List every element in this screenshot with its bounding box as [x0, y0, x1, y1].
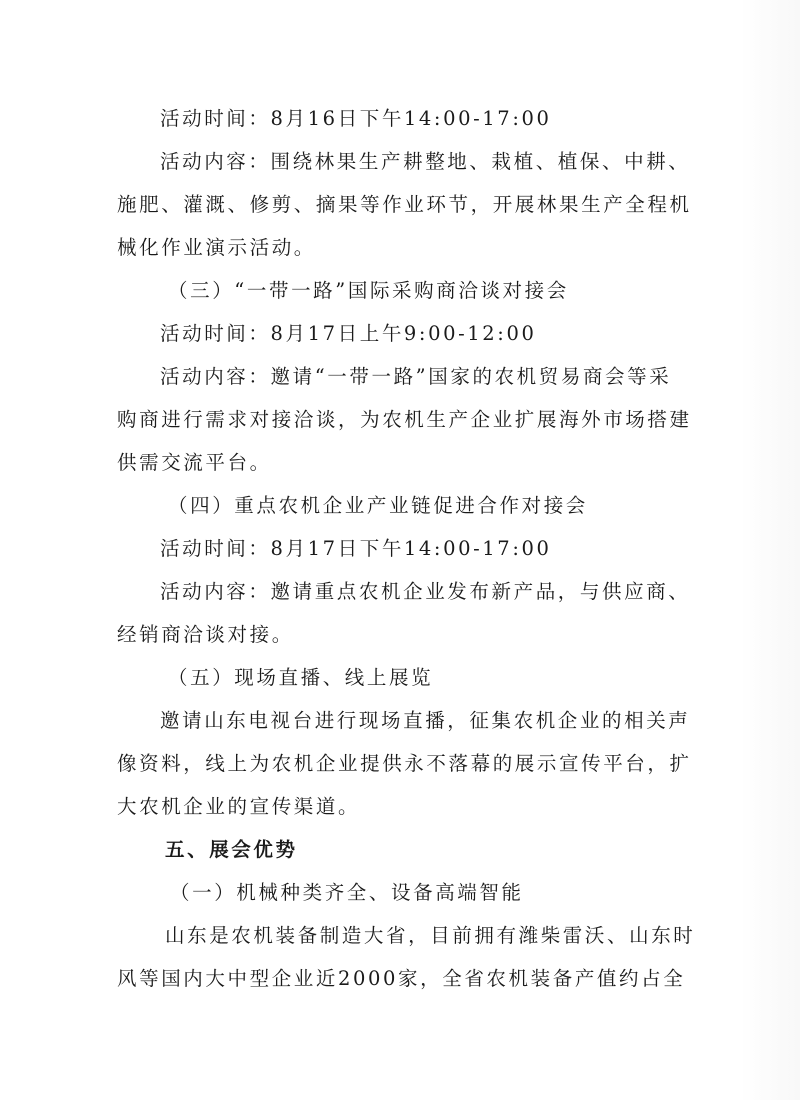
text-line: 邀请山东电视台进行现场直播，征集农机企业的相关声: [160, 709, 690, 733]
text-line: 供需交流平台。: [117, 451, 272, 475]
text-line: 械化作业演示活动。: [117, 236, 316, 260]
subheading-key-enterprises: （四）重点农机企业产业链促进合作对接会: [168, 494, 588, 518]
text-line: 施肥、灌溉、修剪、摘果等作业环节，开展林果生产全程机: [117, 193, 692, 217]
text-line: 购商进行需求对接洽谈，为农机生产企业扩展海外市场搭建: [117, 408, 692, 432]
subheading-machinery-variety: （一）机械种类齐全、设备高端智能: [170, 881, 524, 905]
activity-time-line: 活动时间：8月17日下午14:00-17:00: [160, 537, 552, 561]
scan-shading: [740, 0, 800, 1100]
activity-time-line: 活动时间：8月16日下午14:00-17:00: [160, 107, 552, 131]
section-heading-exhibition-advantages: 五、展会优势: [165, 838, 298, 862]
subheading-belt-road: （三）“一带一路”国际采购商洽谈对接会: [168, 279, 569, 303]
document-page: 活动时间：8月16日下午14:00-17:00 活动内容：围绕林果生产耕整地、栽…: [0, 0, 800, 1100]
text-line: 经销商洽谈对接。: [117, 623, 294, 647]
text-line: 风等国内大中型企业近2000家，全省农机装备产值约占全: [117, 967, 685, 991]
activity-content-line: 活动内容：邀请重点农机企业发布新产品，与供应商、: [160, 580, 690, 604]
text-line: 像资料，线上为农机企业提供永不落幕的展示宣传平台，扩: [117, 752, 692, 776]
text-line: 山东是农机装备制造大省，目前拥有潍柴雷沃、山东时: [165, 924, 695, 948]
text-line: 大农机企业的宣传渠道。: [117, 795, 360, 819]
activity-time-line: 活动时间：8月17日上午9:00-12:00: [160, 322, 537, 346]
activity-content-line: 活动内容：围绕林果生产耕整地、栽植、植保、中耕、: [160, 150, 690, 174]
activity-content-line: 活动内容：邀请“一带一路”国家的农机贸易商会等采: [160, 365, 671, 389]
subheading-live-broadcast: （五）现场直播、线上展览: [168, 666, 433, 690]
